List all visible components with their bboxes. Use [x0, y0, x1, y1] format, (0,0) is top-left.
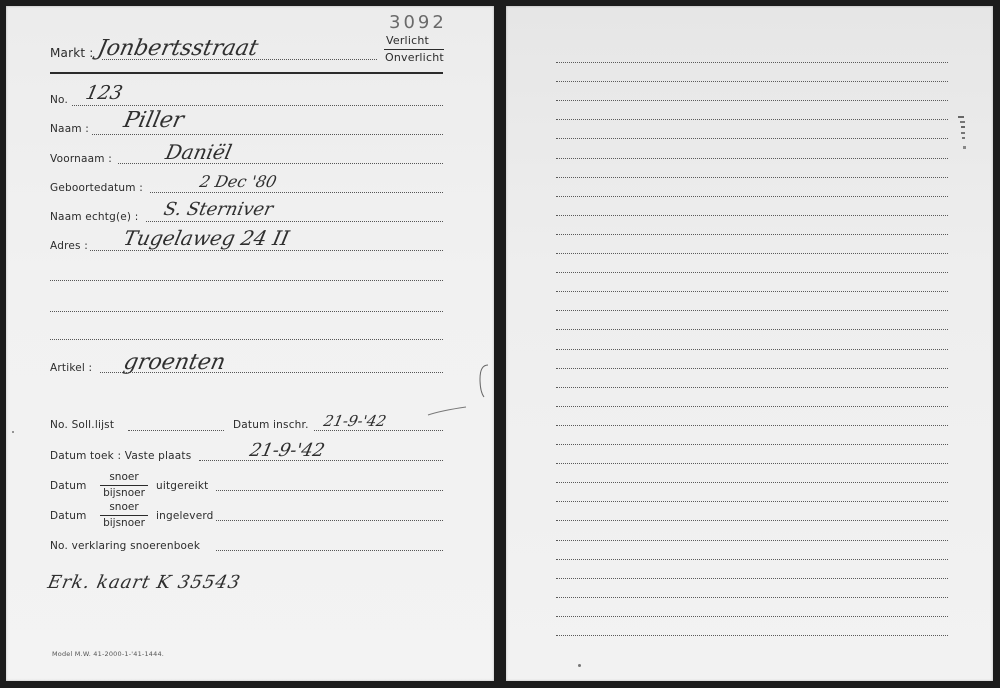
ruled-line — [556, 62, 948, 63]
ruled-line — [556, 138, 948, 139]
naam-echtgenote-dotline — [146, 221, 443, 222]
datum-toek-value[interactable]: 21-9-'42 — [248, 440, 327, 461]
ruled-line — [556, 349, 948, 350]
artikel-dotline — [100, 372, 443, 373]
fraction-snoer: snoer — [100, 471, 148, 486]
ruled-line — [556, 100, 948, 101]
ruled-line — [556, 196, 948, 197]
datum-uitgereikt-label: Datum — [50, 480, 87, 492]
datum-ingeleverd-dotline[interactable] — [216, 520, 443, 521]
ruled-line — [556, 158, 948, 159]
ruled-line — [556, 501, 948, 502]
ruled-line — [556, 482, 948, 483]
datum-toek-label: Datum toek : Vaste plaats — [50, 450, 191, 462]
header-divider — [50, 72, 443, 74]
ruled-line — [556, 540, 948, 541]
card-back-page — [506, 6, 993, 681]
model-footer: Model M.W. 41-2000-1-'41-1444. — [52, 650, 164, 658]
ruled-line — [556, 291, 948, 292]
ruled-line — [556, 215, 948, 216]
ruled-line — [556, 425, 948, 426]
datum-toek-dotline — [199, 460, 443, 461]
no-value[interactable]: 123 — [84, 82, 125, 104]
geboortedatum-dotline — [150, 192, 443, 193]
adres-value[interactable]: Tugelaweg 24 II — [121, 226, 291, 250]
fraction-bijsnoer: bijsnoer — [100, 486, 148, 500]
no-verklaring-label: No. verklaring snoerenboek — [50, 540, 200, 552]
ruled-line — [556, 597, 948, 598]
adres-extra-line-3 — [50, 339, 443, 340]
ruled-line — [556, 616, 948, 617]
naam-echtgenote-label: Naam echtg(e) : — [50, 211, 139, 223]
ruled-line — [556, 253, 948, 254]
no-label: No. — [50, 94, 68, 106]
naam-dotline — [92, 134, 443, 135]
archive-stamp-number: 3092 — [389, 12, 447, 33]
geboortedatum-value[interactable]: 2 Dec '80 — [198, 172, 278, 191]
no-verklaring-dotline[interactable] — [216, 550, 443, 551]
pencil-mark-icon — [426, 361, 494, 421]
adres-dotline — [90, 250, 443, 251]
datum-uitgereikt-dotline[interactable] — [216, 490, 443, 491]
ruled-line — [556, 272, 948, 273]
ruled-line — [556, 559, 948, 560]
ruled-line — [556, 329, 948, 330]
naam-value[interactable]: Piller — [121, 108, 186, 133]
lighting-fraction-bar — [384, 49, 444, 50]
voornaam-dotline — [118, 163, 443, 164]
datum-inschr-dotline — [314, 430, 443, 431]
ruled-line — [556, 635, 948, 636]
paper-speck — [578, 664, 581, 667]
ruled-line — [556, 463, 948, 464]
no-dotline — [72, 105, 443, 106]
card-front-page: 3092 Markt : Jonbertsstraat Verlicht Onv… — [6, 6, 494, 681]
no-soll-lijst-dotline[interactable] — [128, 430, 224, 431]
datum-inschr-value[interactable]: 21-9-'42 — [322, 412, 388, 430]
naam-echtgenote-value[interactable]: S. Sterniver — [162, 199, 275, 220]
edge-marks-icon — [954, 114, 974, 154]
ingeleverd-label: ingeleverd — [156, 510, 214, 522]
ruled-line — [556, 444, 948, 445]
ruled-line — [556, 578, 948, 579]
voornaam-value[interactable]: Daniël — [163, 140, 234, 164]
adres-extra-line-2 — [50, 311, 443, 312]
datum-inschr-label: Datum inschr. — [233, 419, 309, 431]
ruled-line — [556, 310, 948, 311]
onverlicht-option[interactable]: Onverlicht — [385, 51, 444, 64]
ruled-line — [556, 81, 948, 82]
artikel-label: Artikel : — [50, 362, 92, 374]
fraction-snoer: snoer — [100, 501, 148, 516]
no-soll-lijst-label: No. Soll.lijst — [50, 419, 114, 431]
markt-value[interactable]: Jonbertsstraat — [95, 36, 260, 61]
paper-speck — [12, 431, 14, 433]
ruled-line — [556, 234, 948, 235]
naam-label: Naam : — [50, 123, 89, 135]
datum-ingeleverd-label: Datum — [50, 510, 87, 522]
markt-label: Markt : — [50, 46, 94, 60]
snoer-bijsnoer-fraction-1: snoer bijsnoer — [100, 471, 148, 500]
ruled-line — [556, 520, 948, 521]
geboortedatum-label: Geboortedatum : — [50, 182, 143, 194]
fraction-bijsnoer: bijsnoer — [100, 516, 148, 530]
ruled-line — [556, 368, 948, 369]
adres-label: Adres : — [50, 240, 88, 252]
handwritten-erk-kaart-note: Erk. kaart K 35543 — [46, 572, 243, 593]
uitgereikt-label: uitgereikt — [156, 480, 208, 492]
adres-extra-line-1 — [50, 280, 443, 281]
ruled-line — [556, 119, 948, 120]
ruled-line — [556, 177, 948, 178]
snoer-bijsnoer-fraction-2: snoer bijsnoer — [100, 501, 148, 530]
ruled-line — [556, 406, 948, 407]
markt-dotline — [102, 59, 377, 60]
verlicht-option[interactable]: Verlicht — [386, 34, 429, 47]
voornaam-label: Voornaam : — [50, 153, 112, 165]
ruled-line — [556, 387, 948, 388]
